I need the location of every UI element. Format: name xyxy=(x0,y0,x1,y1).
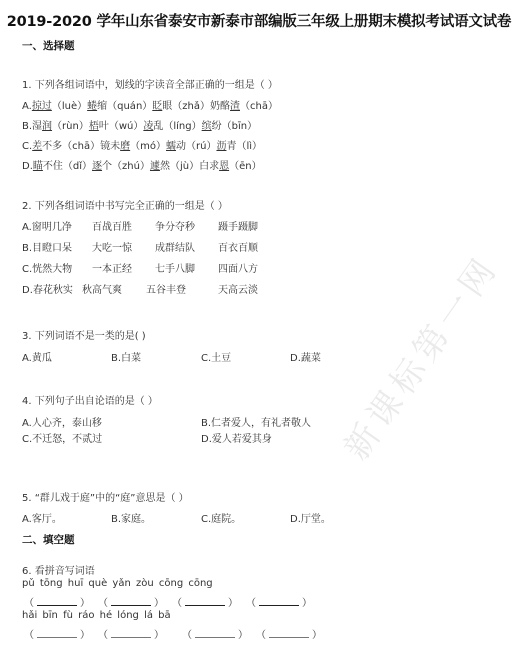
question-2-option-a-word: 争分夺秒 xyxy=(155,218,195,233)
question-5-option-d: D.厅堂。 xyxy=(290,510,331,525)
option-label: D. xyxy=(22,161,33,172)
pinyin: （chā） xyxy=(62,141,100,152)
underlined-char: 凌 xyxy=(143,121,153,132)
question-2-option-c-word: 四面八方 xyxy=(218,260,258,275)
answer-blank[interactable]: （） xyxy=(24,626,90,641)
question-1-option-b: B.湿润（rùn）梧叶（wú）凌乱（líng）缤纷（bīn） xyxy=(22,117,257,132)
pinyin: （chā） xyxy=(240,101,278,112)
pinyin: （quán） xyxy=(107,101,152,112)
answer-blank[interactable]: （） xyxy=(182,626,248,641)
question-4-stem: 4. 下列句子出自论语的是（ ） xyxy=(22,392,158,407)
pinyin: （rùn） xyxy=(52,121,89,132)
word-text: 缩 xyxy=(97,101,107,112)
pinyin: （zhú） xyxy=(112,161,150,172)
pinyin: （rú） xyxy=(186,141,216,152)
question-5-option-a: A.客厅。 xyxy=(22,510,62,525)
underlined-char: 梧 xyxy=(89,121,99,132)
underlined-char: 恩 xyxy=(219,161,229,172)
answer-blank[interactable]: （） xyxy=(98,594,164,609)
question-2-option-c-word: 七手八脚 xyxy=(155,260,195,275)
pinyin: （dǐ） xyxy=(63,161,92,172)
question-3-option-d: D.蔬菜 xyxy=(290,349,321,364)
question-2-option-a-word: A.窗明几净 xyxy=(22,218,72,233)
question-2-option-d-word: D.春花秋实 xyxy=(22,281,73,296)
section-heading-choice: 一、选择题 xyxy=(22,38,75,53)
underlined-char: 蠕 xyxy=(166,141,176,152)
pinyin: （bīn） xyxy=(222,121,257,132)
word-text: 奶酪 xyxy=(210,101,230,112)
pinyin: （líng） xyxy=(163,121,201,132)
question-2-option-d-word: 五谷丰登 xyxy=(146,281,186,296)
question-2-option-c-word: 一本正经 xyxy=(92,260,132,275)
question-3-option-b: B.白菜 xyxy=(111,349,141,364)
question-4-option-c: C.不迁怒，不贰过 xyxy=(22,430,102,445)
question-2-option-a-word: 蹑手蹑脚 xyxy=(218,218,258,233)
question-3-option-a: A.黄瓜 xyxy=(22,349,52,364)
answer-blank[interactable]: （） xyxy=(246,594,312,609)
option-label: A. xyxy=(22,101,32,112)
word-text: 然 xyxy=(160,161,170,172)
answer-blank[interactable]: （） xyxy=(256,626,322,641)
word-text: 乱 xyxy=(153,121,163,132)
question-1-option-c: C.差不多（chā）镜未磨（mó）蠕动（rú）沥青（lì） xyxy=(22,137,262,152)
pinyin: （luè） xyxy=(52,101,87,112)
word-text: 纷 xyxy=(212,121,222,132)
question-1-option-a: A.掠过（luè）蜷缩（quán）眨眼（zhǎ）奶酪渣（chā） xyxy=(22,97,278,112)
word-text: 不住 xyxy=(43,161,63,172)
underlined-char: 渣 xyxy=(230,101,240,112)
pinyin: （zhǎ） xyxy=(172,101,210,112)
question-2-option-b-word: B.目瞪口呆 xyxy=(22,239,72,254)
pinyin: （jù） xyxy=(170,161,199,172)
question-2-option-b-word: 百衣百顺 xyxy=(218,239,258,254)
pinyin: （mó） xyxy=(130,141,166,152)
underlined-char: 眨 xyxy=(152,101,162,112)
question-6-stem: 6. 看拼音写词语 xyxy=(22,562,95,577)
question-3-option-c: C.土豆 xyxy=(201,349,231,364)
question-2-option-a-word: 百战百胜 xyxy=(92,218,132,233)
word-text: 个 xyxy=(102,161,112,172)
answer-blank[interactable]: （） xyxy=(98,626,164,641)
question-2-option-d-word: 天高云淡 xyxy=(218,281,258,296)
answer-blank[interactable]: （） xyxy=(172,594,238,609)
underlined-char: 沥 xyxy=(216,141,226,152)
watermark: 新课标第一网 xyxy=(330,243,508,468)
question-1-option-d: D.瞄不住（dǐ）逐个（zhú）遽然（jù）白求恩（ēn） xyxy=(22,157,262,172)
word-text: 青 xyxy=(226,141,236,152)
question-2-option-c-word: C.恍然大物 xyxy=(22,260,72,275)
pinyin: （wú） xyxy=(109,121,144,132)
question-5-option-b: B.家庭。 xyxy=(111,510,151,525)
word-text: 不多 xyxy=(42,141,62,152)
word-text: 镜未 xyxy=(100,141,120,152)
question-4-option-b: B.仁者爱人，有礼者敬人 xyxy=(201,414,311,429)
question-1-stem: 1. 下列各组词语中，划线的字读音全部正确的一组是（ ） xyxy=(22,76,278,91)
word-text: 白求 xyxy=(199,161,219,172)
underlined-char: 逐 xyxy=(92,161,102,172)
answer-blank[interactable]: （） xyxy=(24,594,90,609)
underlined-char: 润 xyxy=(42,121,52,132)
question-5-option-c: C.庭院。 xyxy=(201,510,241,525)
word-text: 动 xyxy=(176,141,186,152)
question-6-pinyin-row-2: hǎi bīn fù ráo hé lóng lá bā xyxy=(22,610,171,621)
option-label: C. xyxy=(22,141,32,152)
underlined-char: 遽 xyxy=(150,161,160,172)
underlined-char: 磨 xyxy=(120,141,130,152)
word-text: 湿 xyxy=(32,121,42,132)
question-5-stem: 5. “群儿戏于庭”中的“庭”意思是（ ） xyxy=(22,489,189,504)
question-6-pinyin-row-1: pǔ tōng huī què yǎn zòu cōng cōng xyxy=(22,578,213,589)
question-2-option-b-word: 大吃一惊 xyxy=(92,239,132,254)
word-text: 眼 xyxy=(162,101,172,112)
question-2-option-b-word: 成群结队 xyxy=(155,239,195,254)
option-label: B. xyxy=(22,121,32,132)
pinyin: （ēn） xyxy=(229,161,262,172)
pinyin: （lì） xyxy=(236,141,262,152)
underlined-char: 缤 xyxy=(202,121,212,132)
underlined-char: 瞄 xyxy=(33,161,43,172)
underlined-char: 蜷 xyxy=(87,101,97,112)
question-4-option-a: A.人心齐，泰山移 xyxy=(22,414,102,429)
underlined-char: 差 xyxy=(32,141,42,152)
question-4-option-d: D.爱人若爱其身 xyxy=(201,430,272,445)
question-3-stem: 3. 下列词语不是一类的是( ) xyxy=(22,327,146,342)
underlined-char: 掠过 xyxy=(32,101,52,112)
question-2-stem: 2. 下列各组词语中书写完全正确的一组是（ ） xyxy=(22,197,228,212)
document-title: 2019-2020 学年山东省泰安市新泰市部编版三年级上册期末模拟考试语文试卷 xyxy=(0,10,518,31)
word-text: 叶 xyxy=(99,121,109,132)
question-2-option-d-word: 秋高气爽 xyxy=(82,281,122,296)
section-heading-fill: 二、填空题 xyxy=(22,532,75,547)
